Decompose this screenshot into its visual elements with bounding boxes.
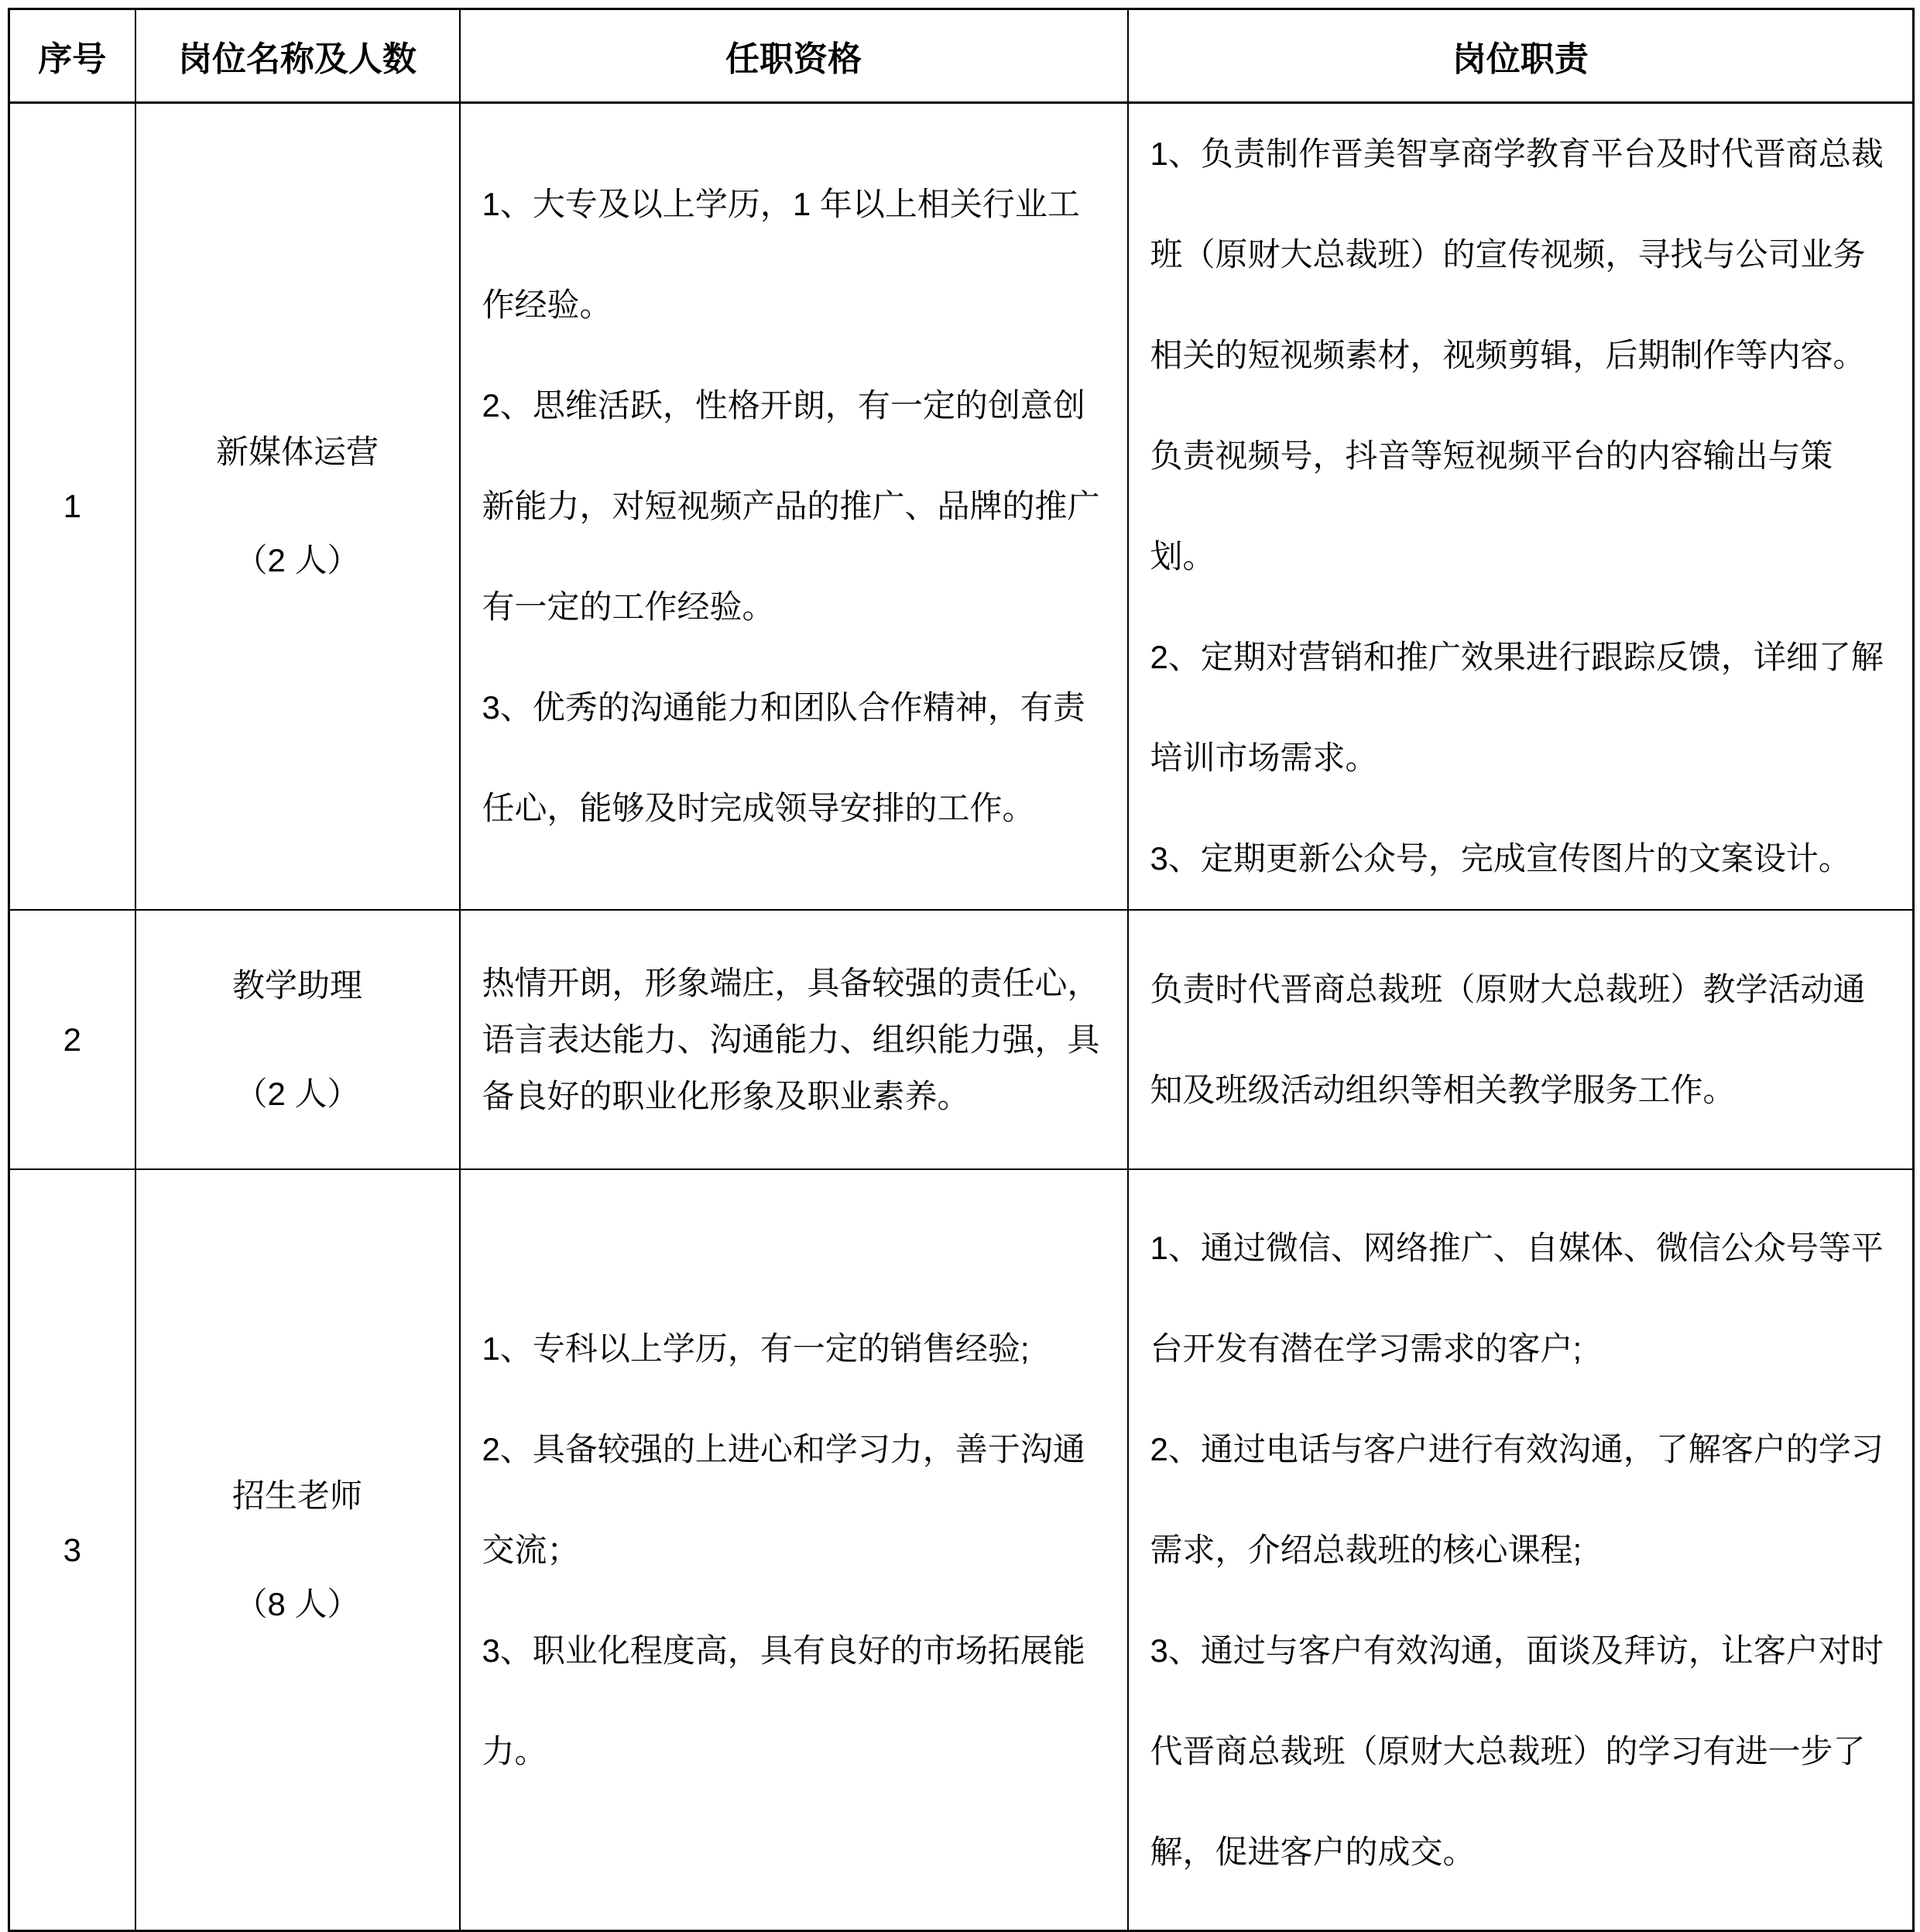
responsibility-item: 3、定期更新公众号，完成宣传图片的文案设计。 — [1150, 808, 1896, 909]
table-row-2: 2 教学助理 （2 人） 热情开朗，形象端庄，具备较强的责任心，语言表达能力、沟… — [9, 910, 1914, 1169]
responsibility-item: 负责视频号，抖音等短视频平台的内容输出与策划。 — [1150, 406, 1896, 607]
qualification-item: 热情开朗，形象端庄，具备较强的责任心，语言表达能力、沟通能力、组织能力强，具备良… — [482, 955, 1110, 1124]
qualification-item: 1、大专及以上学历，1 年以上相关行业工作经验。 — [482, 154, 1110, 355]
qualification-item: 3、优秀的沟通能力和团队合作精神，有责任心，能够及时完成领导安排的工作。 — [482, 657, 1110, 859]
table-row-1: 1 新媒体运营 （2 人） 1、大专及以上学历，1 年以上相关行业工作经验。 2… — [9, 103, 1914, 911]
responsibility-item: 1、通过微信、网络推广、自媒体、微信公众号等平台开发有潜在学习需求的客户; — [1150, 1198, 1896, 1399]
responsibilities-cell: 1、通过微信、网络推广、自媒体、微信公众号等平台开发有潜在学习需求的客户; 2、… — [1128, 1169, 1914, 1931]
responsibility-item: 2、定期对营销和推广效果进行跟踪反馈，详细了解培训市场需求。 — [1150, 607, 1896, 808]
header-cell-qualifications: 任职资格 — [460, 9, 1128, 103]
row-index: 3 — [9, 1169, 135, 1931]
responsibility-item: 2、通过电话与客户进行有效沟通，了解客户的学习需求，介绍总裁班的核心课程; — [1150, 1399, 1896, 1601]
header-row: 序号 岗位名称及人数 任职资格 岗位职责 — [9, 9, 1914, 103]
position-name: 招生老师 — [136, 1442, 459, 1550]
responsibilities-cell: 负责时代晋商总裁班（原财大总裁班）教学活动通知及班级活动组织等相关教学服务工作。 — [1128, 910, 1914, 1169]
position-cell: 教学助理 （2 人） — [135, 910, 460, 1169]
qualification-item: 3、职业化程度高，具有良好的市场拓展能力。 — [482, 1601, 1110, 1802]
qualification-item: 2、思维活跃，性格开朗，有一定的创意创新能力，对短视频产品的推广、品牌的推广有一… — [482, 355, 1110, 657]
responsibilities-cell: 1、负责制作晋美智享商学教育平台及时代晋商总裁班（原财大总裁班）的宣传视频，寻找… — [1128, 103, 1914, 911]
row-index: 2 — [9, 910, 135, 1169]
table-row-3: 3 招生老师 （8 人） 1、专科以上学历，有一定的销售经验; 2、具备较强的上… — [9, 1169, 1914, 1931]
position-count: （8 人） — [136, 1550, 459, 1659]
header-cell-position: 岗位名称及人数 — [135, 9, 460, 103]
position-name: 教学助理 — [136, 932, 459, 1040]
header-cell-index: 序号 — [9, 9, 135, 103]
qualifications-cell: 1、大专及以上学历，1 年以上相关行业工作经验。 2、思维活跃，性格开朗，有一定… — [460, 103, 1128, 911]
qualification-item: 2、具备较强的上进心和学习力，善于沟通交流； — [482, 1399, 1110, 1601]
document-page: 序号 岗位名称及人数 任职资格 岗位职责 1 新媒体运营 （2 人） 1、大专及… — [0, 0, 1920, 1858]
position-count: （2 人） — [136, 1040, 459, 1148]
position-name: 新媒体运营 — [136, 398, 459, 506]
qualifications-cell: 1、专科以上学历，有一定的销售经验; 2、具备较强的上进心和学习力，善于沟通交流… — [460, 1169, 1128, 1931]
row-index: 1 — [9, 103, 135, 911]
qualification-item: 1、专科以上学历，有一定的销售经验; — [482, 1299, 1110, 1399]
position-cell: 新媒体运营 （2 人） — [135, 103, 460, 911]
responsibility-item: 3、通过与客户有效沟通，面谈及拜访，让客户对时代晋商总裁班（原财大总裁班）的学习… — [1150, 1601, 1896, 1903]
responsibility-item: 1、负责制作晋美智享商学教育平台及时代晋商总裁班（原财大总裁班）的宣传视频，寻找… — [1150, 104, 1896, 406]
header-cell-responsibilities: 岗位职责 — [1128, 9, 1914, 103]
position-count: （2 人） — [136, 506, 459, 615]
recruitment-table: 序号 岗位名称及人数 任职资格 岗位职责 1 新媒体运营 （2 人） 1、大专及… — [8, 8, 1915, 1932]
position-cell: 招生老师 （8 人） — [135, 1169, 460, 1931]
responsibility-item: 负责时代晋商总裁班（原财大总裁班）教学活动通知及班级活动组织等相关教学服务工作。 — [1150, 939, 1896, 1141]
qualifications-cell: 热情开朗，形象端庄，具备较强的责任心，语言表达能力、沟通能力、组织能力强，具备良… — [460, 910, 1128, 1169]
